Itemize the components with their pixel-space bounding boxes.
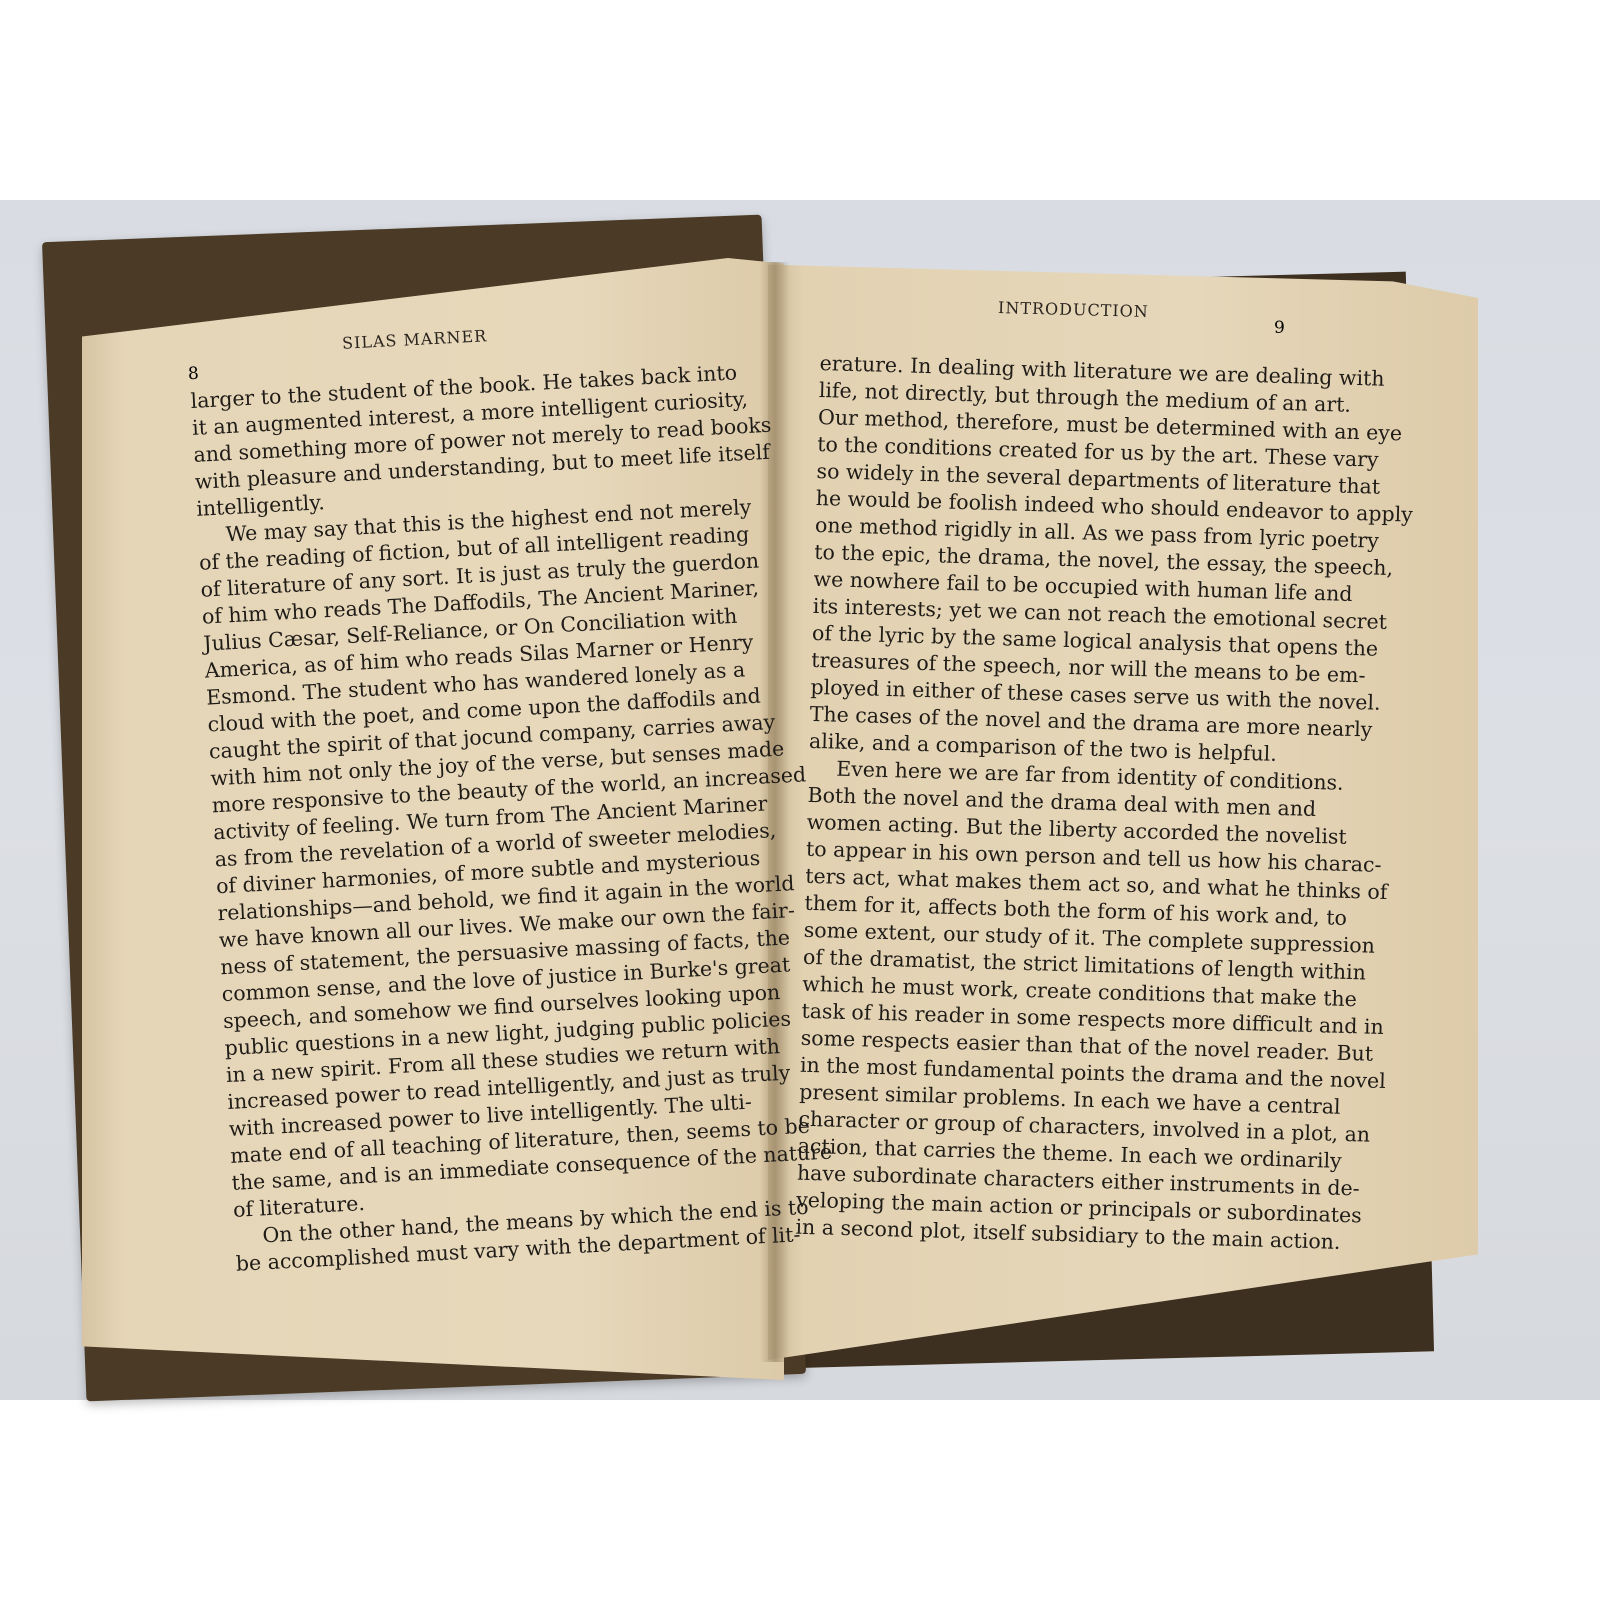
right-page-number: 9: [1274, 318, 1285, 338]
right-running-head: INTRODUCTION: [998, 298, 1149, 321]
left-page-text: larger to the student of the book. He ta…: [190, 363, 714, 1278]
right-page-text: erature. In dealing with literature we a…: [795, 350, 1290, 1254]
left-page-number: 8: [187, 364, 199, 385]
